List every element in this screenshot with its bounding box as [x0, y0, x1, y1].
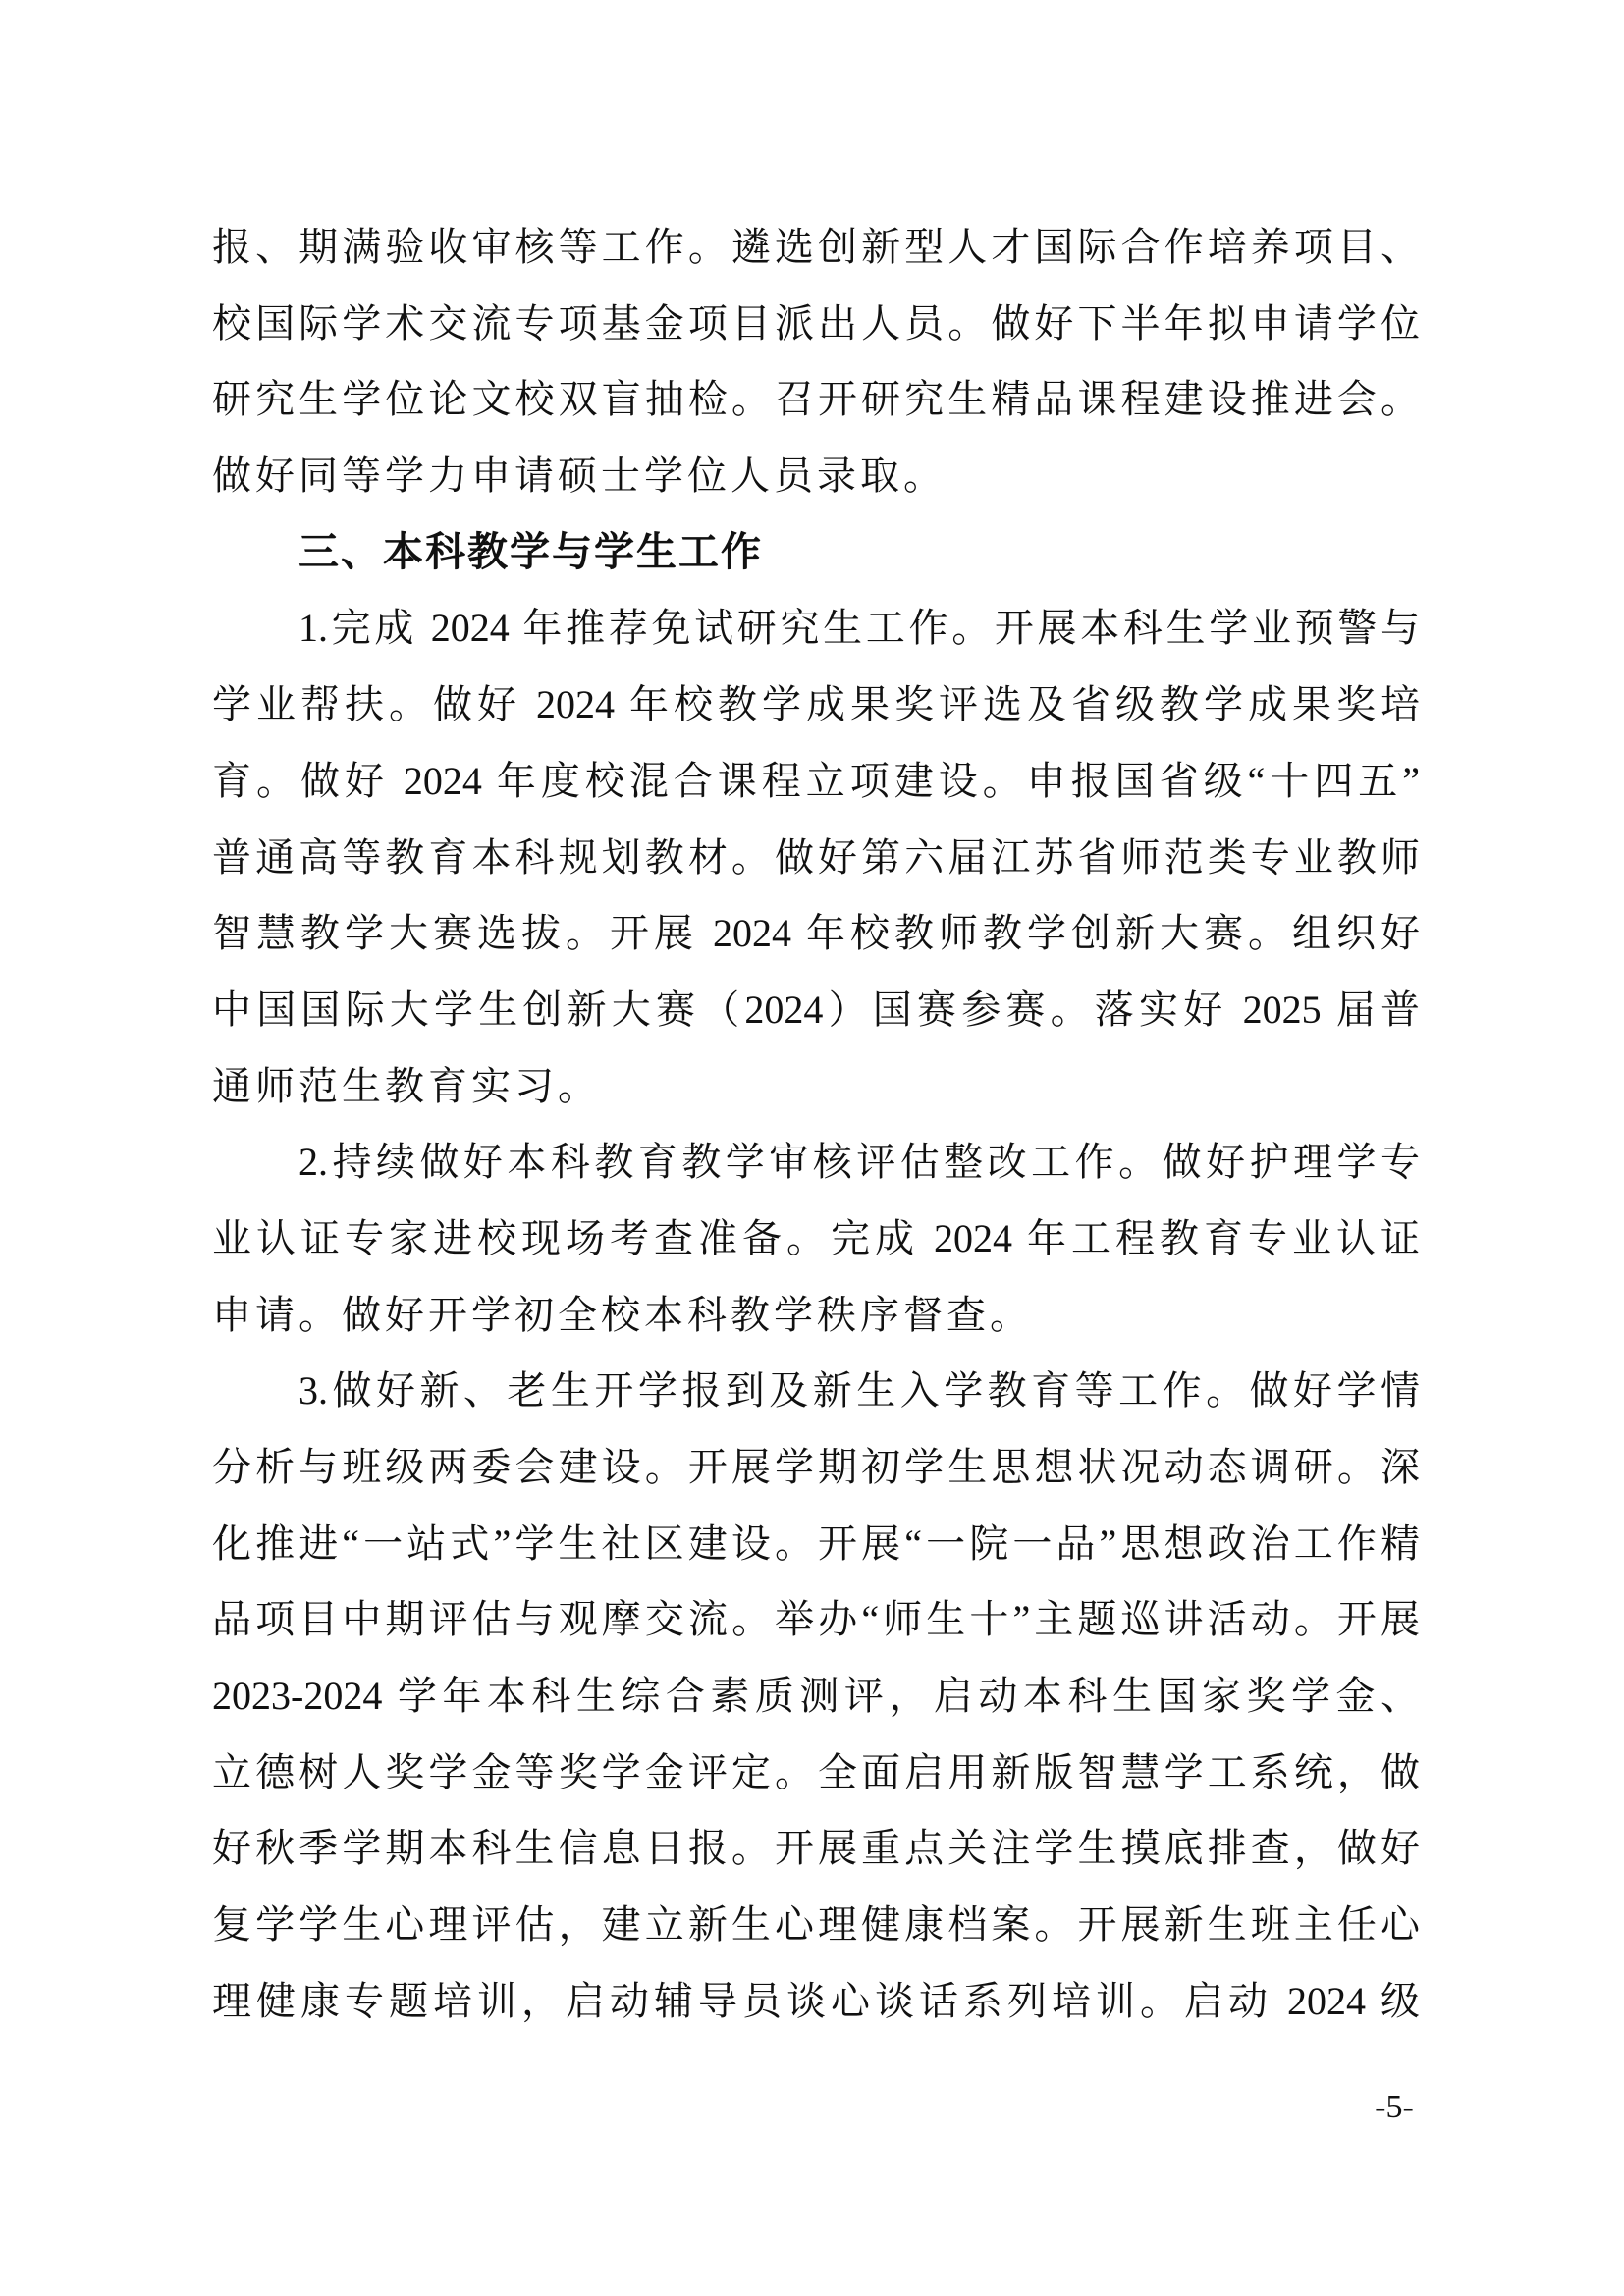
text-line: 智慧教学大赛选拔。开展 2024 年校教师教学创新大赛。组织好	[212, 895, 1420, 972]
continuation-paragraph: 报、期满验收审核等工作。遴选创新型人才国际合作培养项目、 校国际学术交流专项基金…	[212, 209, 1420, 514]
text-line: 校国际学术交流专项基金项目派出人员。做好下半年拟申请学位	[212, 286, 1420, 362]
section-heading: 三、本科教学与学生工作	[212, 514, 1420, 591]
text-line: 中国国际大学生创新大赛（2024）国赛参赛。落实好 2025 届普	[212, 972, 1420, 1048]
text-line: 育。做好 2024 年度校混合课程立项建设。申报国省级“十四五”	[212, 743, 1420, 820]
text-line: 2023-2024 学年本科生综合素质测评，启动本科生国家奖学金、	[212, 1658, 1420, 1735]
text-line: 做好同等学力申请硕士学位人员录取。	[212, 438, 1420, 514]
text-line: 报、期满验收审核等工作。遴选创新型人才国际合作培养项目、	[212, 209, 1420, 286]
paragraph-item-1: 1.完成 2024 年推荐免试研究生工作。开展本科生学业预警与 学业帮扶。做好 …	[212, 590, 1420, 1124]
page-number: -5-	[1355, 2085, 1434, 2130]
text-line: 分析与班级两委会建设。开展学期初学生思想状况动态调研。深	[212, 1429, 1420, 1506]
text-line: 研究生学位论文校双盲抽检。召开研究生精品课程建设推进会。	[212, 361, 1420, 438]
text-line: 立德树人奖学金等奖学金评定。全面启用新版智慧学工系统，做	[212, 1735, 1420, 1811]
text-line: 普通高等教育本科规划教材。做好第六届江苏省师范类专业教师	[212, 820, 1420, 896]
text-line: 品项目中期评估与观摩交流。举办“师生十”主题巡讲活动。开展	[212, 1581, 1420, 1658]
text-line: 通师范生教育实习。	[212, 1048, 1420, 1125]
paragraph-item-3: 3.做好新、老生开学报到及新生入学教育等工作。做好学情 分析与班级两委会建设。开…	[212, 1353, 1420, 2039]
text-line: 3.做好新、老生开学报到及新生入学教育等工作。做好学情	[212, 1353, 1420, 1429]
paragraph-item-2: 2.持续做好本科教育教学审核评估整改工作。做好护理学专 业认证专家进校现场考查准…	[212, 1124, 1420, 1353]
document-page: 报、期满验收审核等工作。遴选创新型人才国际合作培养项目、 校国际学术交流专项基金…	[0, 0, 1624, 2296]
text-line: 1.完成 2024 年推荐免试研究生工作。开展本科生学业预警与	[212, 590, 1420, 667]
text-line: 理健康专题培训，启动辅导员谈心谈话系列培训。启动 2024 级	[212, 1963, 1420, 2040]
text-line: 学业帮扶。做好 2024 年校教学成果奖评选及省级教学成果奖培	[212, 667, 1420, 743]
text-line: 申请。做好开学初全校本科教学秩序督查。	[212, 1277, 1420, 1354]
document-body: 报、期满验收审核等工作。遴选创新型人才国际合作培养项目、 校国际学术交流专项基金…	[212, 209, 1420, 2040]
text-line: 复学学生心理评估，建立新生心理健康档案。开展新生班主任心	[212, 1887, 1420, 1963]
text-line: 好秋季学期本科生信息日报。开展重点关注学生摸底排查，做好	[212, 1810, 1420, 1887]
text-line: 化推进“一站式”学生社区建设。开展“一院一品”思想政治工作精	[212, 1506, 1420, 1582]
text-line: 业认证专家进校现场考查准备。完成 2024 年工程教育专业认证	[212, 1201, 1420, 1277]
text-line: 2.持续做好本科教育教学审核评估整改工作。做好护理学专	[212, 1124, 1420, 1201]
